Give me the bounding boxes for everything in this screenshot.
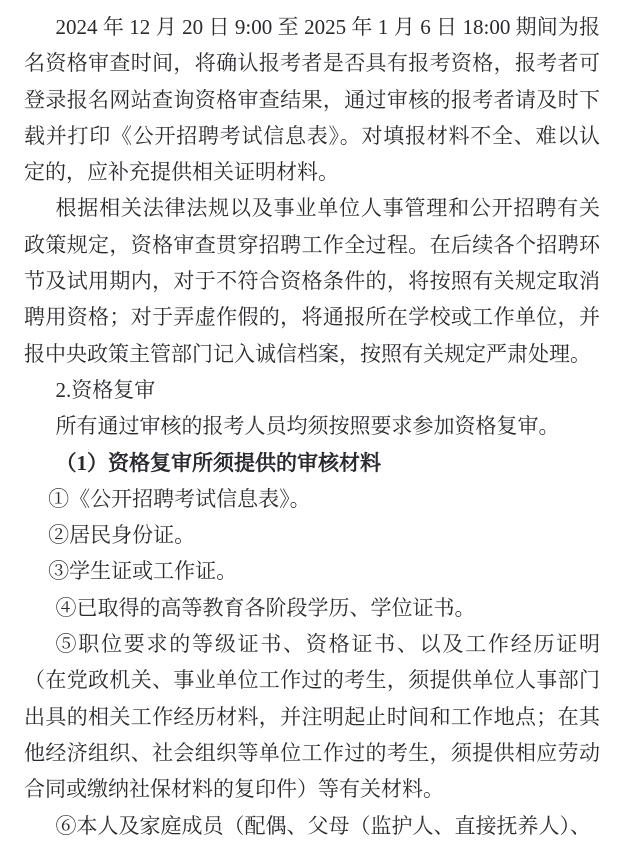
text-line: 节及试用期内，对于不符合资格条件的，将按照有关规定取消 [24,263,600,299]
text-line: 聘用资格；对于弄虚作假的，将通报所在学校或工作单位，并 [24,299,600,335]
text-line: 所有通过审核的报考人员均须按照要求参加资格复审。 [24,408,600,444]
text-line: 政策规定，资格审查贯穿招聘工作全过程。在后续各个招聘环 [24,227,600,263]
text-line: 根据相关法律法规以及事业单位人事管理和公开招聘有关 [24,190,600,226]
text-line: 名资格审查时间，将确认报考者是否具有报考资格，报考者可 [24,45,600,81]
list-item: ④已取得的高等教育各阶段学历、学位证书。 [24,590,600,626]
text-line: 合同或缴纳社保材料的复印件）等有关材料。 [24,771,600,807]
text-line: 载并打印《公开招聘考试信息表》。对填报材料不全、难以认 [24,118,600,154]
list-item: ①《公开招聘考试信息表》。 [24,481,600,517]
text-line: 登录报名网站查询资格审查结果，通过审核的报考者请及时下 [24,82,600,118]
document-page: 2024 年 12 月 20 日 9:00 至 2025 年 1 月 6 日 1… [0,0,624,849]
text-line: 出具的相关工作经历材料，并注明起止时间和工作地点；在其 [24,699,600,735]
list-item: ③学生证或工作证。 [24,553,600,589]
list-item: ②居民身份证。 [24,517,600,553]
list-item: ⑥本人及家庭成员（配偶、父母（监护人、直接抚养人）、 [24,808,600,844]
text-line: （在党政机关、事业单位工作过的考生，须提供单位人事部门 [24,662,600,698]
text-line: 定的，应补充提供相关证明材料。 [24,154,600,190]
text-line: 报中央政策主管部门记入诚信档案，按照有关规定严肃处理。 [24,336,600,372]
subsection-heading: （1）资格复审所须提供的审核材料 [24,445,600,481]
text-line: 他经济组织、社会组织等单位工作过的考生，须提供相应劳动 [24,735,600,771]
list-item: ⑤职位要求的等级证书、资格证书、以及工作经历证明 [24,626,600,662]
section-heading: 2.资格复审 [24,372,600,408]
text-line: 2024 年 12 月 20 日 9:00 至 2025 年 1 月 6 日 1… [24,9,600,45]
